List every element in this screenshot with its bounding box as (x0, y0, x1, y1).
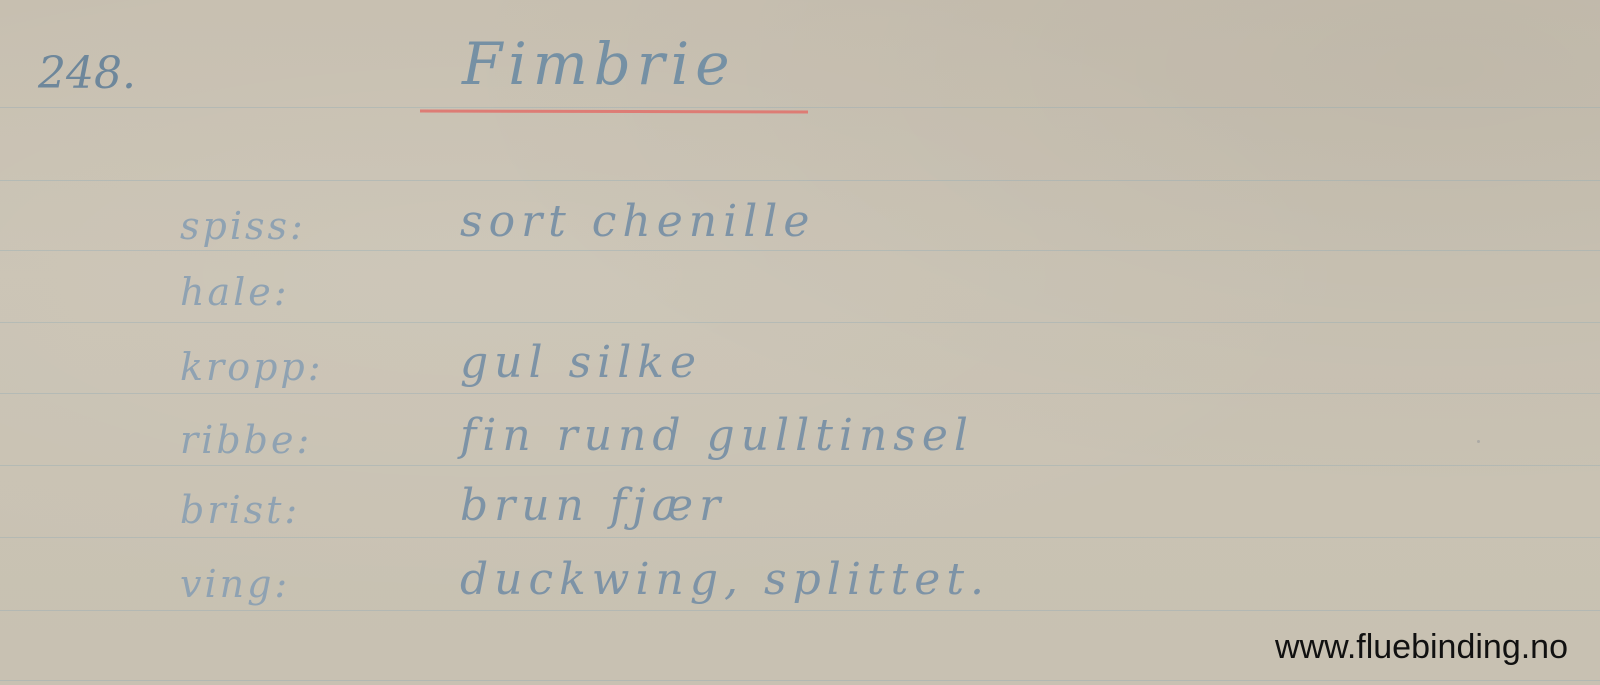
field-label-kropp: kropp: (180, 345, 324, 389)
ruled-line (0, 180, 1600, 181)
ruled-line (0, 107, 1600, 108)
field-label-ribbe: ribbe: (180, 418, 312, 462)
watermark-url: www.fluebinding.no (1275, 628, 1568, 667)
field-value-brist: brun fjær (460, 480, 726, 531)
field-value-spiss: sort chenille (460, 196, 815, 247)
field-label-hale: hale: (180, 270, 290, 314)
page-title: Fimbrie (462, 30, 736, 98)
field-label-ving: ving: (180, 562, 290, 606)
title-underline (420, 109, 808, 113)
field-label-spiss: spiss: (180, 204, 306, 248)
ruled-line (0, 537, 1600, 538)
ruled-line (0, 250, 1600, 251)
entry-number: 248. (38, 48, 136, 99)
field-value-kropp: gul silke (460, 337, 702, 388)
ruled-line (0, 393, 1600, 394)
ruled-line (0, 680, 1600, 681)
notebook-page: 248. Fimbrie spiss: sort chenille hale: … (0, 0, 1600, 685)
ruled-line (0, 322, 1600, 323)
field-value-ribbe: fin rund gulltinsel (460, 410, 974, 461)
ruled-line (0, 465, 1600, 466)
field-value-ving: duckwing, splittet. (460, 554, 990, 605)
field-label-brist: brist: (180, 488, 300, 532)
ruled-line (0, 610, 1600, 611)
paper-speck (1477, 440, 1480, 443)
